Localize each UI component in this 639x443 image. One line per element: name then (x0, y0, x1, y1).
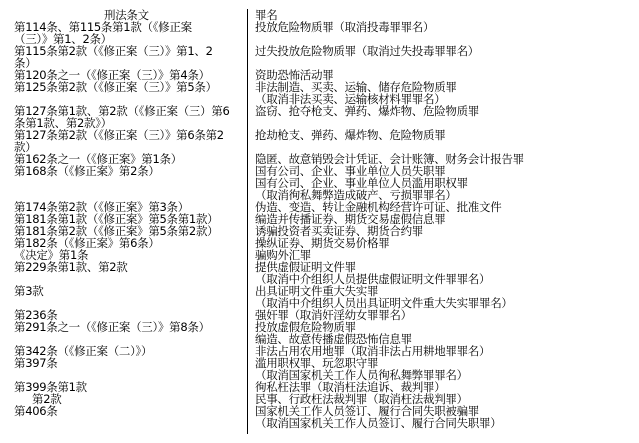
statute-line: 第115条第2款（《修正案（三）》第1、2 (14, 45, 213, 57)
statute-line: 第229条第1款、第2款 (14, 261, 127, 273)
statute-line: 第3款 (14, 285, 43, 297)
statute-line: 第125条第2款（《修正案（三）》第5条） (14, 81, 217, 93)
statute-line: 第406条 (14, 405, 57, 417)
crime-name-line: （取消国家机关工作人员签订、履行合同失职罪） (255, 417, 501, 429)
statute-line: 第291条之一（《修正案（三）》第8条） (14, 321, 210, 333)
crime-name-line: 投放危险物质罪（取消投毒罪罪名） (255, 21, 434, 33)
column-divider (247, 9, 248, 434)
statute-line: 第168条（《修正案》第2条） (14, 165, 160, 177)
statute-line: 第127条第2款（《修正案（三）》第6条第2 (14, 129, 224, 141)
statute-line: 第397条 (14, 357, 57, 369)
crime-name-line: 抢劫枪支、弹药、爆炸物、危险物质罪 (255, 129, 445, 141)
crime-name-line: 盗窃、抢夺枪支、弹药、爆炸物、危险物质罪 (255, 105, 479, 117)
crime-name-table: 刑法条文 第114条、第115条第1款（《修正案（三）》第1、2条）第115条第… (0, 0, 639, 443)
crime-name-line: 过失投放危险物质罪（取消过失投毒罪罪名） (255, 45, 479, 57)
